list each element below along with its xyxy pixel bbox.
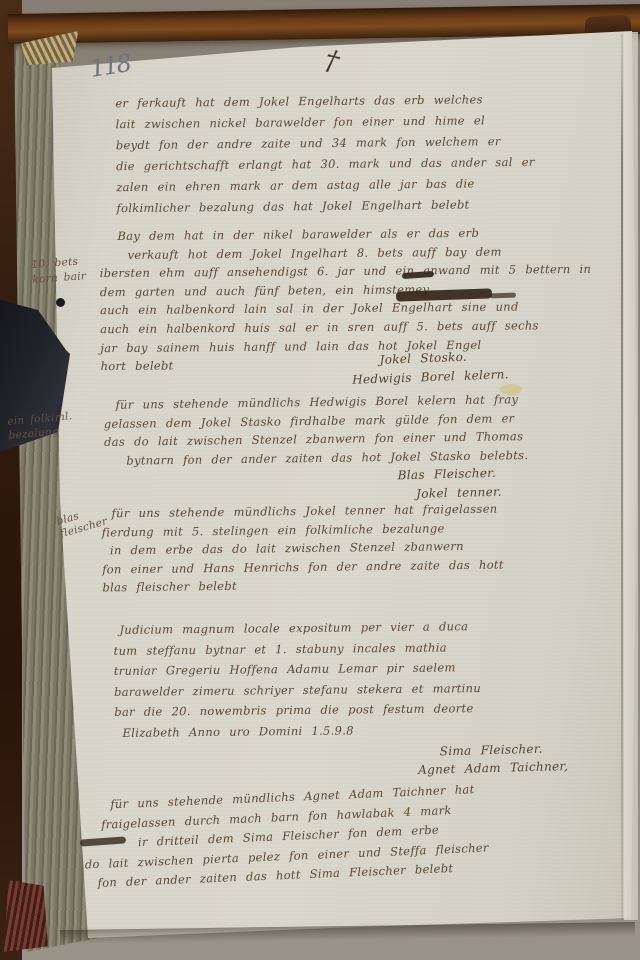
manuscript-line: Elizabeth Anno uro Domini 1.5.9.8 (114, 724, 481, 748)
paragraph-4: für uns stehende mündlichs Jokel tenner … (101, 504, 504, 602)
headband-bottom (4, 880, 48, 952)
next-page-edge (624, 32, 638, 920)
paragraph-5: für uns stehende mündlichs Agnet Adam Ta… (82, 784, 490, 898)
paragraph-latin: Judicium magnum locale expositum per vie… (113, 621, 481, 748)
paragraph-2: Bay dem hat in der nikel barawelder als … (99, 227, 592, 380)
paragraph-3: für uns stehende mündlichs Hedwigis Bore… (104, 394, 529, 474)
paragraph-1: er ferkauft hat dem Jokel Engelharts das… (115, 94, 535, 224)
manuscript-photo: 118 † er ferkauft hat dem Jokel Engelhar… (0, 0, 640, 960)
signature-block-3: Sima Fleischer. Agnet Adam Taichner, (418, 742, 569, 782)
margin-note-2: ein folkiml. bezalung (7, 411, 74, 445)
ink-strike-tail (490, 293, 516, 299)
strap-corner-nub (56, 298, 65, 307)
margin-note-1: 10. bets korn bair (31, 256, 87, 290)
page-right-crease (621, 34, 623, 920)
manuscript-line: folkimlicher bezalung das hat Jokel Enge… (116, 199, 535, 224)
signature-block-1: Jokel Stosko. Hedwigis Borel kelern. (351, 349, 509, 392)
